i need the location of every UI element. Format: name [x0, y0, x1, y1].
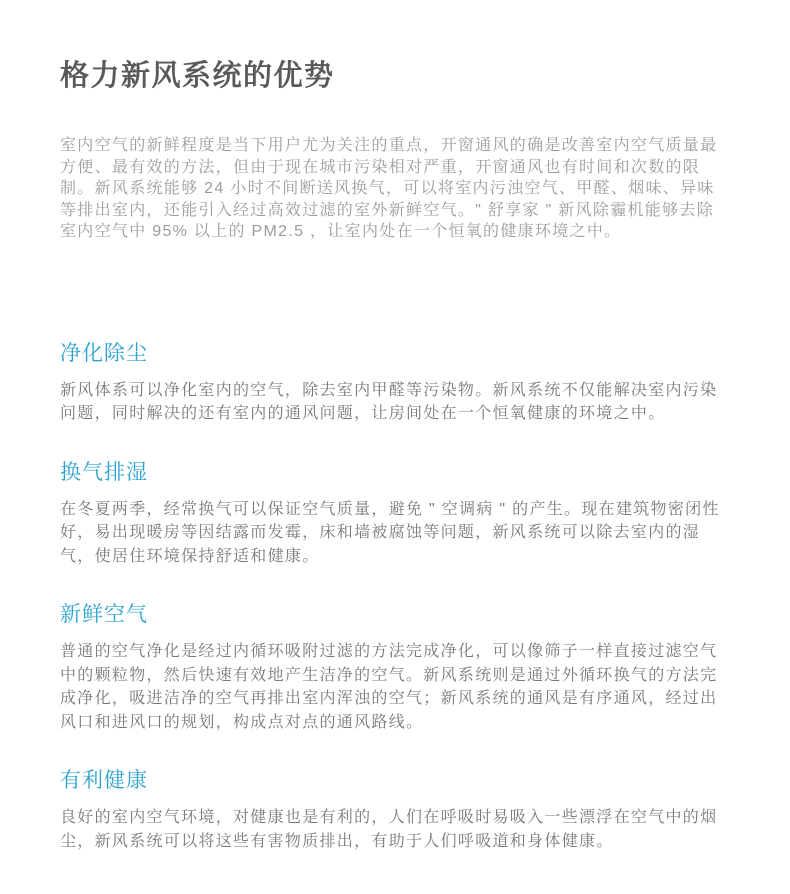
section-paragraph-purify-dust: 新风体系可以净化室内的空气，除去室内甲醛等污染物。新风系统不仅能解决室内污染问题…	[60, 379, 730, 426]
section-heading-fresh-air: 新鲜空气	[60, 602, 730, 628]
section-paragraph-fresh-air: 普通的空气净化是经过内循环吸附过滤的方法完成净化，可以像筛子一样直接过滤空气中的…	[60, 640, 730, 734]
section-health-benefit: 有利健康 良好的室内空气环境，对健康也是有利的，人们在呼吸时易吸入一些漂浮在空气…	[60, 768, 730, 853]
section-heading-ventilate-dehumidify: 换气排湿	[60, 460, 730, 486]
page-title: 格力新风系统的优势	[60, 58, 730, 94]
section-purify-dust: 净化除尘 新风体系可以净化室内的空气，除去室内甲醛等污染物。新风系统不仅能解决室…	[60, 341, 730, 426]
section-heading-health-benefit: 有利健康	[60, 768, 730, 794]
section-heading-purify-dust: 净化除尘	[60, 341, 730, 367]
section-ventilate-dehumidify: 换气排湿 在冬夏两季，经常换气可以保证空气质量，避免 " 空调病 " 的产生。现…	[60, 460, 730, 569]
article-page: 格力新风系统的优势 室内空气的新鲜程度是当下用户尤为关注的重点，开窗通风的确是改…	[0, 0, 790, 894]
intro-paragraph: 室内空气的新鲜程度是当下用户尤为关注的重点，开窗通风的确是改善室内空气质量最方便…	[60, 135, 730, 243]
section-fresh-air: 新鲜空气 普通的空气净化是经过内循环吸附过滤的方法完成净化，可以像筛子一样直接过…	[60, 602, 730, 734]
section-paragraph-ventilate-dehumidify: 在冬夏两季，经常换气可以保证空气质量，避免 " 空调病 " 的产生。现在建筑物密…	[60, 498, 730, 569]
section-paragraph-health-benefit: 良好的室内空气环境，对健康也是有利的，人们在呼吸时易吸入一些漂浮在空气中的烟尘，…	[60, 806, 730, 853]
